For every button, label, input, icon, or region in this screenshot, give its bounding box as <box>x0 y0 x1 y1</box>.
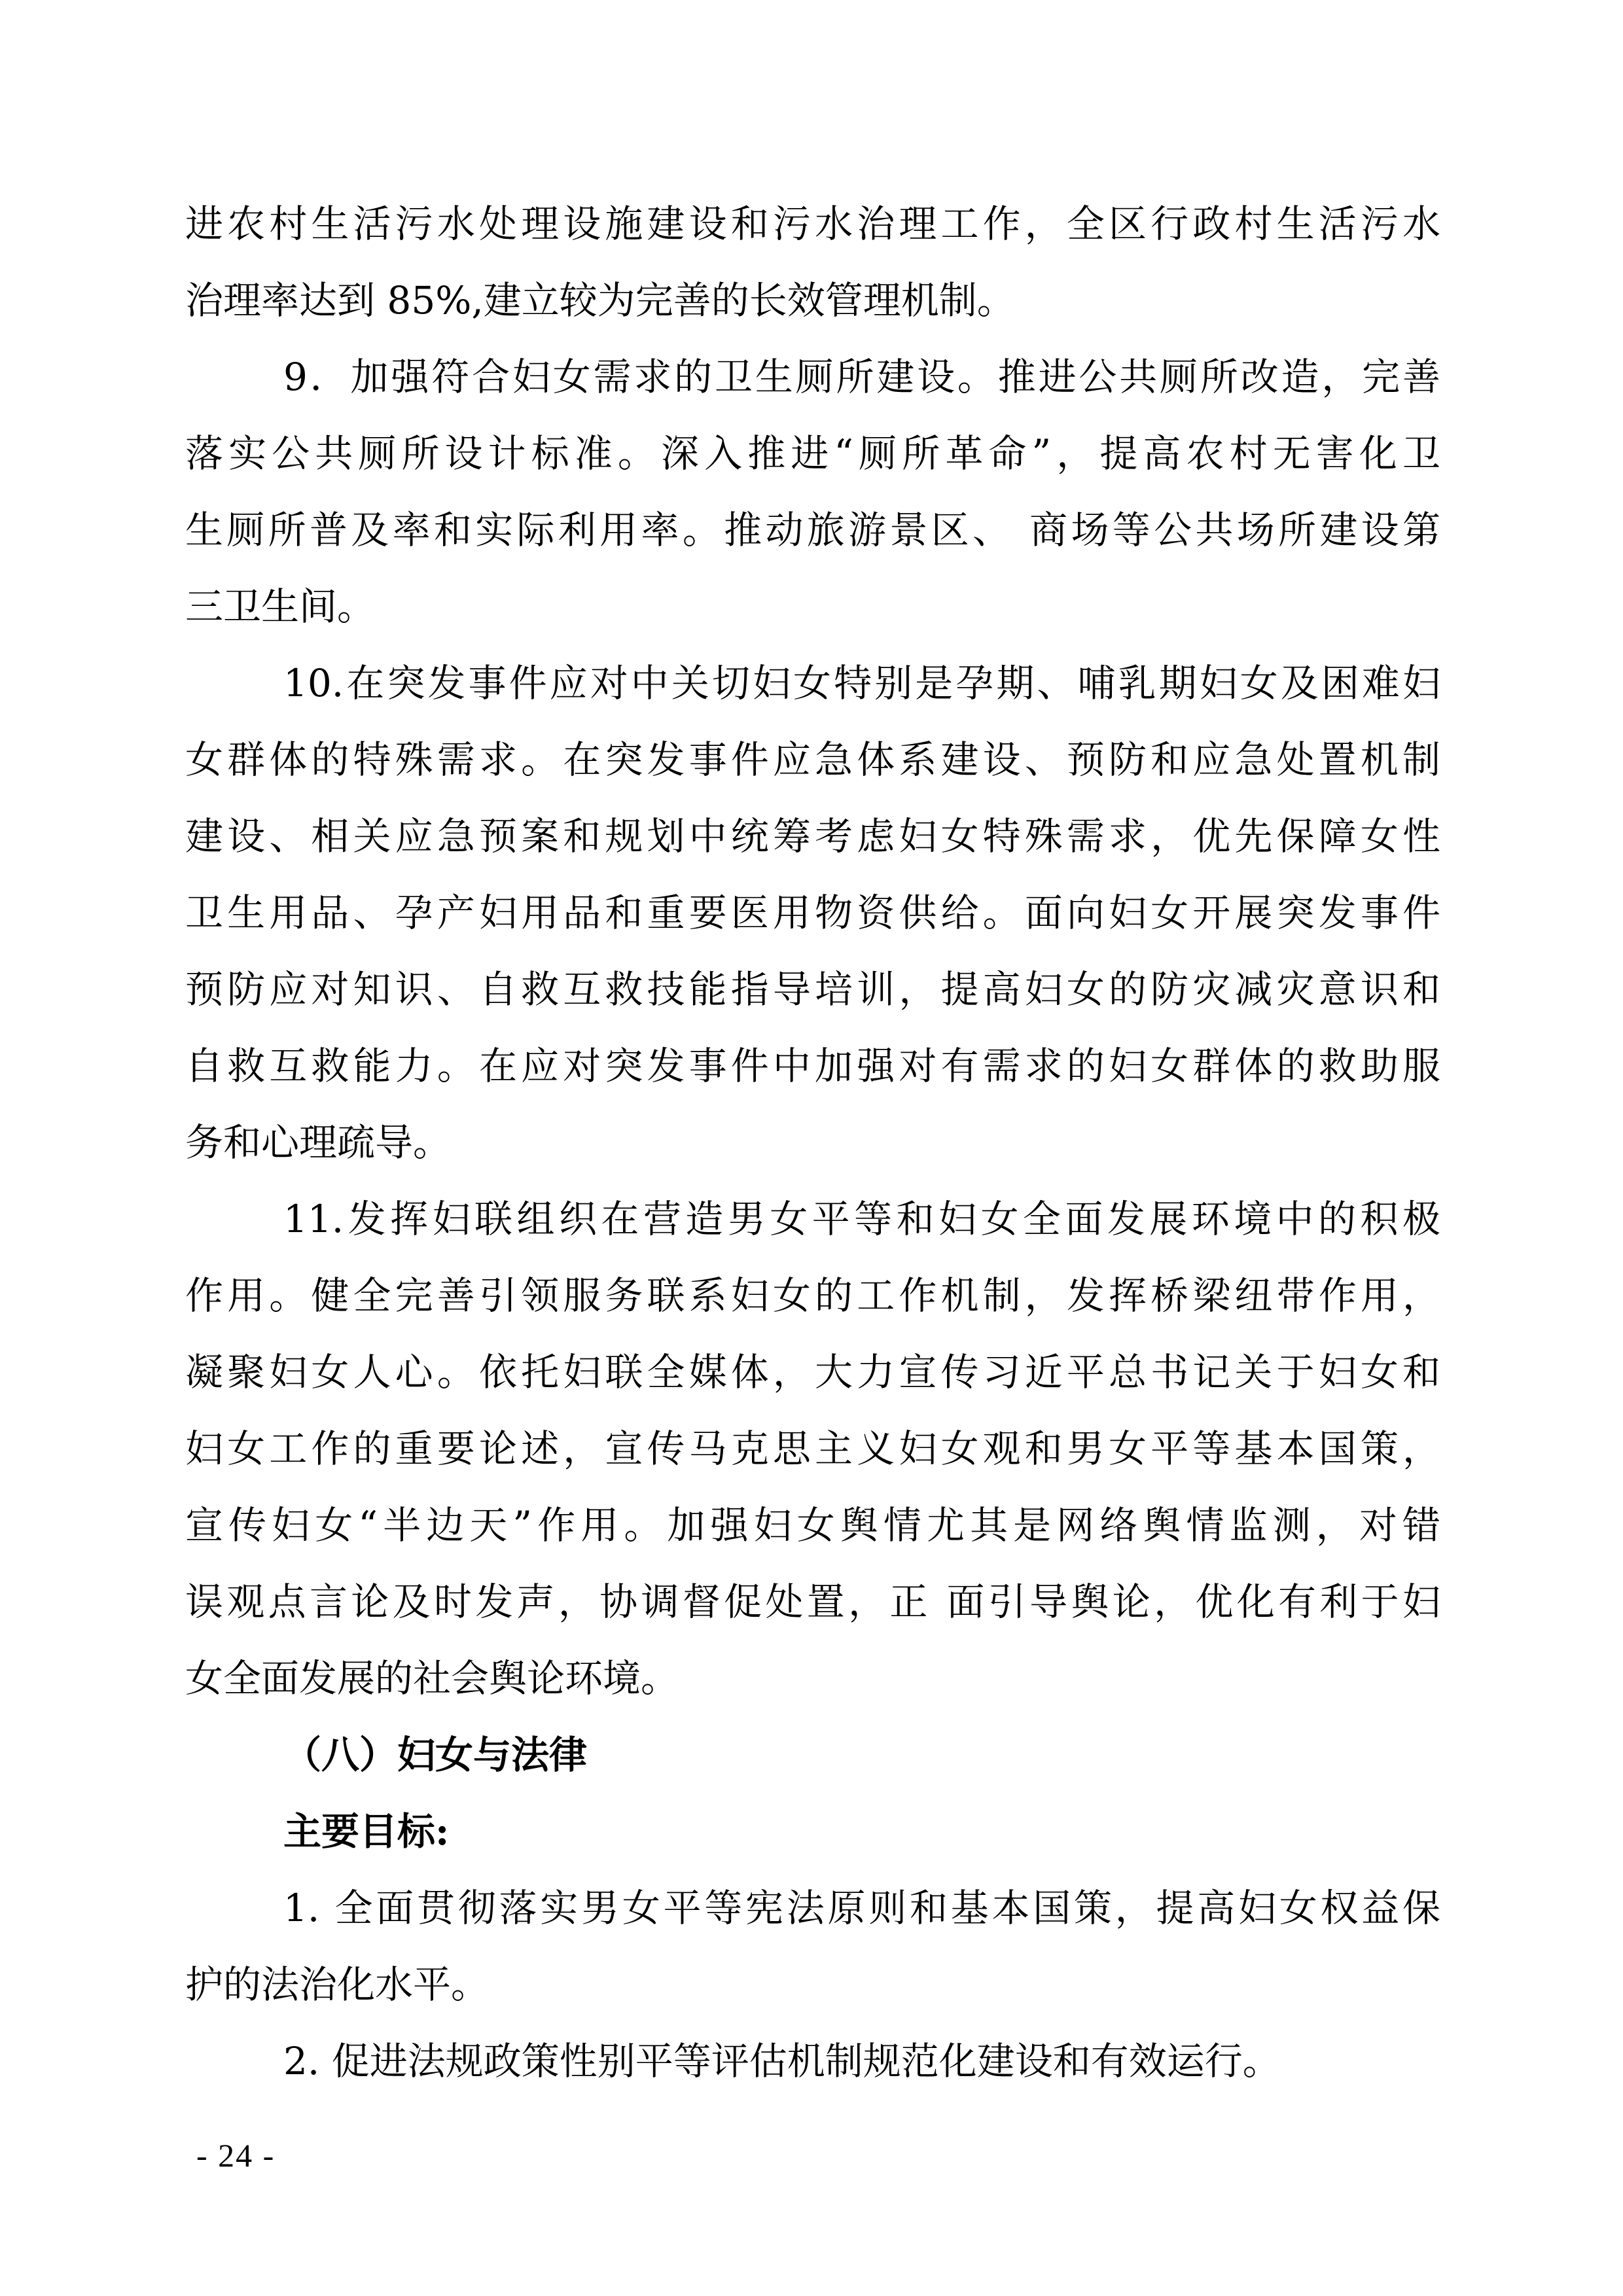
section-heading: 主要目标: <box>185 1793 1440 1870</box>
section-heading: （八）妇女与法律 <box>185 1717 1440 1793</box>
document-page: 进农村生活污水处理设施建设和污水治理工作，全区行政村生活污水治理率达到 85%,… <box>0 0 1623 2296</box>
text-line: 作用。健全完善引领服务联系妇女的工作机制，发挥桥梁纽带作用， <box>185 1258 1440 1334</box>
text-line: 9．加强符合妇女需求的卫生厕所建设。推进公共厕所改造，完善 <box>185 339 1440 415</box>
text-line: 落实公共厕所设计标准。深入推进“厕所革命”，提高农村无害化卫 <box>185 415 1440 492</box>
text-line: 建设、相关应急预案和规划中统筹考虑妇女特殊需求，优先保障女性 <box>185 798 1440 875</box>
page-number: - 24 - <box>196 2136 275 2174</box>
text-line: 预防应对知识、自救互救技能指导培训，提高妇女的防灾减灾意识和 <box>185 951 1440 1028</box>
text-line: 妇女工作的重要论述，宣传马克思主义妇女观和男女平等基本国策， <box>185 1411 1440 1487</box>
text-line: 治理率达到 85%,建立较为完善的长效管理机制。 <box>185 262 1440 339</box>
text-line: 卫生用品、孕产妇用品和重要医用物资供给。面向妇女开展突发事件 <box>185 875 1440 951</box>
text-line: 进农村生活污水处理设施建设和污水治理工作，全区行政村生活污水 <box>185 186 1440 262</box>
text-line: 女群体的特殊需求。在突发事件应急体系建设、预防和应急处置机制 <box>185 722 1440 798</box>
text-line: 11.发挥妇联组织在营造男女平等和妇女全面发展环境中的积极 <box>185 1181 1440 1258</box>
text-line: 宣传妇女“半边天”作用。加强妇女舆情尤其是网络舆情监测，对错 <box>185 1487 1440 1564</box>
text-line: 三卫生间。 <box>185 569 1440 645</box>
text-line: 1. 全面贯彻落实男女平等宪法原则和基本国策，提高妇女权益保 <box>185 1870 1440 1947</box>
text-line: 生厕所普及率和实际利用率。推动旅游景区、 商场等公共场所建设第 <box>185 492 1440 569</box>
text-line: 误观点言论及时发声，协调督促处置，正 面引导舆论，优化有利于妇 <box>185 1564 1440 1640</box>
text-line: 护的法治化水平。 <box>185 1947 1440 2023</box>
text-line: 2. 促进法规政策性别平等评估机制规范化建设和有效运行。 <box>185 2023 1440 2100</box>
text-line: 凝聚妇女人心。依托妇联全媒体，大力宣传习近平总书记关于妇女和 <box>185 1334 1440 1411</box>
text-line: 务和心理疏导。 <box>185 1104 1440 1181</box>
text-line: 自救互救能力。在应对突发事件中加强对有需求的妇女群体的救助服 <box>185 1028 1440 1104</box>
text-line: 10.在突发事件应对中关切妇女特别是孕期、哺乳期妇女及困难妇 <box>185 645 1440 722</box>
text-line: 女全面发展的社会舆论环境。 <box>185 1640 1440 1717</box>
document-body: 进农村生活污水处理设施建设和污水治理工作，全区行政村生活污水治理率达到 85%,… <box>185 186 1440 2100</box>
